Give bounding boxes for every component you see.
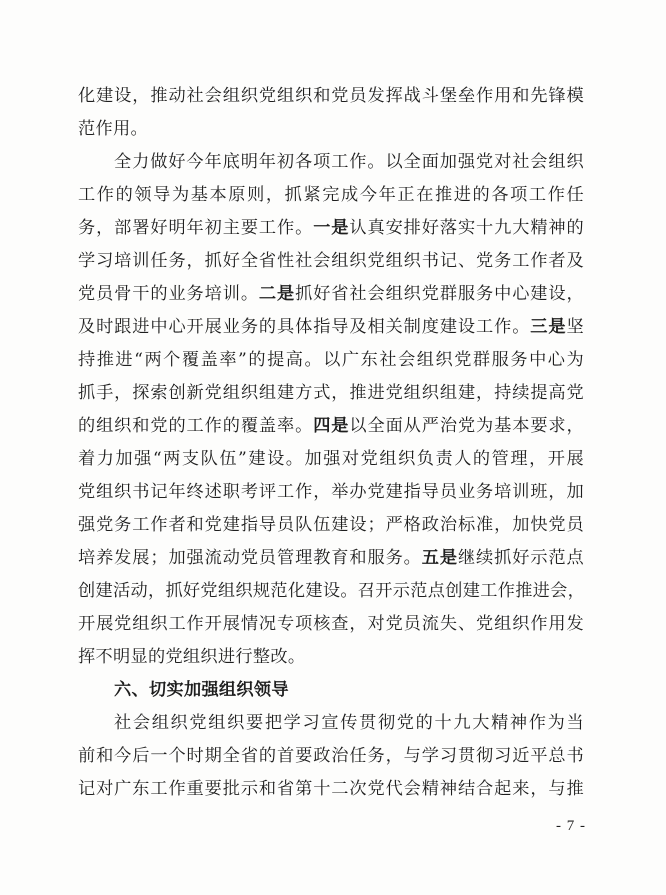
paragraph-line: 学习培训任务，抓好全省性社会组织党组织书记、党务工作者及: [78, 245, 584, 278]
text-span: 全力做好今年底明年初各项工作。以全面加强党对社会组织: [114, 152, 584, 172]
text-span: 务，部署好明年初主要工作。: [78, 218, 313, 238]
text-span: 继续抓好示范点: [458, 548, 584, 568]
paragraph-line: 着力加强“两支队伍”建设。加强对党组织负责人的管理，开展: [78, 443, 584, 476]
text-span: 着力加强“两支队伍”建设。加强对党组织负责人的管理，开展: [78, 449, 584, 469]
paragraph-line: 党员骨干的业务培训。二是抓好省社会组织党群服务中心建设，: [78, 278, 584, 311]
text-span: 创建活动，抓好党组织规范化建设。召开示范点创建工作推进会，: [78, 581, 585, 601]
text-span: 党员骨干的业务培训。: [78, 284, 259, 304]
text-span: 社会组织党组织要把学习宣传贯彻党的十九大精神作为当: [114, 713, 584, 733]
text-span: 党组织书记年终述职考评工作，举办党建指导员业务培训班，加: [78, 482, 584, 502]
text-span: 抓手，探索创新党组织组建方式，推进党组织组建，持续提高党: [78, 383, 584, 403]
paragraph-line: 党组织书记年终述职考评工作，举办党建指导员业务培训班，加: [78, 476, 584, 509]
text-span: 化建设，推动社会组织党组织和党员发挥战斗堡垒作用和先锋模: [78, 86, 584, 106]
text-span: 抓好省社会组织党群服务中心建设，: [295, 284, 584, 304]
bold-keyword: 三是: [530, 317, 566, 337]
text-span: 持推进“两个覆盖率”的提高。以广东社会组织党群服务中心为: [78, 350, 584, 370]
paragraph-line: 挥不明显的党组织进行整改。: [78, 641, 584, 674]
text-span: 强党务工作者和党建指导员队伍建设；严格政治标准，加快党员: [78, 515, 584, 535]
bold-keyword: 一是: [313, 218, 349, 238]
paragraph-line: 范作用。: [78, 113, 584, 146]
page-number: - 7 -: [556, 818, 586, 835]
text-span: 学习培训任务，抓好全省性社会组织党组织书记、党务工作者及: [78, 251, 584, 271]
text-span: 坚: [566, 317, 584, 337]
text-span: 挥不明显的党组织进行整改。: [78, 647, 305, 667]
paragraph-line: 开展党组织工作开展情况专项核查，对党员流失、党组织作用发: [78, 608, 584, 641]
paragraph-line: 及时跟进中心开展业务的具体指导及相关制度建设工作。三是坚: [78, 311, 584, 344]
bold-keyword: 四是: [313, 416, 349, 436]
text-span: 范作用。: [78, 119, 148, 139]
text-span: 的组织和党的工作的覆盖率。: [78, 416, 313, 436]
paragraph-line: 化建设，推动社会组织党组织和党员发挥战斗堡垒作用和先锋模: [78, 80, 584, 113]
bold-keyword: 二是: [259, 284, 295, 304]
paragraph-line: 全力做好今年底明年初各项工作。以全面加强党对社会组织: [114, 146, 584, 179]
text-span: 及时跟进中心开展业务的具体指导及相关制度建设工作。: [78, 317, 530, 337]
text-span: 记对广东工作重要批示和省第十二次党代会精神结合起来，与推: [78, 779, 584, 799]
paragraph-line: 工作的领导为基本原则，抓紧完成今年正在推进的各项工作任: [78, 179, 584, 212]
paragraph-line: 务，部署好明年初主要工作。一是认真安排好落实十九大精神的: [78, 212, 584, 245]
paragraph-line: 创建活动，抓好党组织规范化建设。召开示范点创建工作推进会，: [78, 575, 584, 608]
paragraph-line: 培养发展；加强流动党员管理教育和服务。五是继续抓好示范点: [78, 542, 584, 575]
paragraph-line: 持推进“两个覆盖率”的提高。以广东社会组织党群服务中心为: [78, 344, 584, 377]
text-span: 工作的领导为基本原则，抓紧完成今年正在推进的各项工作任: [78, 185, 584, 205]
text-span: 以全面从严治党为基本要求，: [349, 416, 584, 436]
paragraph-line: 记对广东工作重要批示和省第十二次党代会精神结合起来，与推: [78, 773, 584, 806]
text-span: 前和今后一个时期全省的首要政治任务，与学习贯彻习近平总书: [78, 746, 584, 766]
text-span: 开展党组织工作开展情况专项核查，对党员流失、党组织作用发: [78, 614, 584, 634]
paragraph-line: 的组织和党的工作的覆盖率。四是以全面从严治党为基本要求，: [78, 410, 584, 443]
heading-text: 六、切实加强组织领导: [114, 680, 289, 700]
paragraph-line: 社会组织党组织要把学习宣传贯彻党的十九大精神作为当: [114, 707, 584, 740]
bold-keyword: 五是: [422, 548, 458, 568]
paragraph-line: 抓手，探索创新党组织组建方式，推进党组织组建，持续提高党: [78, 377, 584, 410]
section-heading: 六、切实加强组织领导: [114, 674, 584, 707]
document-page: 化建设，推动社会组织党组织和党员发挥战斗堡垒作用和先锋模 范作用。 全力做好今年…: [0, 0, 666, 895]
paragraph-line: 强党务工作者和党建指导员队伍建设；严格政治标准，加快党员: [78, 509, 584, 542]
text-span: 培养发展；加强流动党员管理教育和服务。: [78, 548, 422, 568]
paragraph-line: 前和今后一个时期全省的首要政治任务，与学习贯彻习近平总书: [78, 740, 584, 773]
text-span: 认真安排好落实十九大精神的: [349, 218, 584, 238]
